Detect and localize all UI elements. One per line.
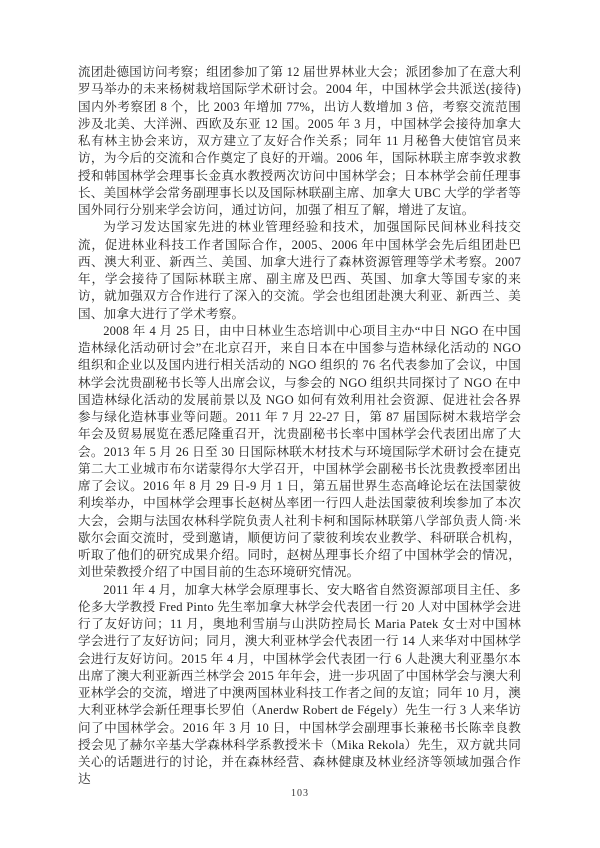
page-number: 103: [291, 788, 309, 799]
page-footer: 103: [0, 783, 600, 801]
paragraph: 为学习发达国家先进的林业管理经验和技术，加强国际民间林业科技交流，促进林业科技工…: [78, 219, 521, 323]
document-page: 流团赴德国访问考察；组团参加了第 12 届世界林业大会；派团参加了在意大利罗马举…: [0, 0, 600, 848]
paragraph: 2011 年 4 月，加拿大林学会原理事长、安大略省自然资源部项目主任、多伦多大…: [78, 582, 521, 789]
paragraph: 2008 年 4 月 25 日，由中日林业生态培训中心项目主办“中日 NGO 在…: [78, 323, 521, 582]
text-block: 流团赴德国访问考察；组团参加了第 12 届世界林业大会；派团参加了在意大利罗马举…: [78, 64, 521, 789]
paragraph: 流团赴德国访问考察；组团参加了第 12 届世界林业大会；派团参加了在意大利罗马举…: [78, 64, 521, 219]
